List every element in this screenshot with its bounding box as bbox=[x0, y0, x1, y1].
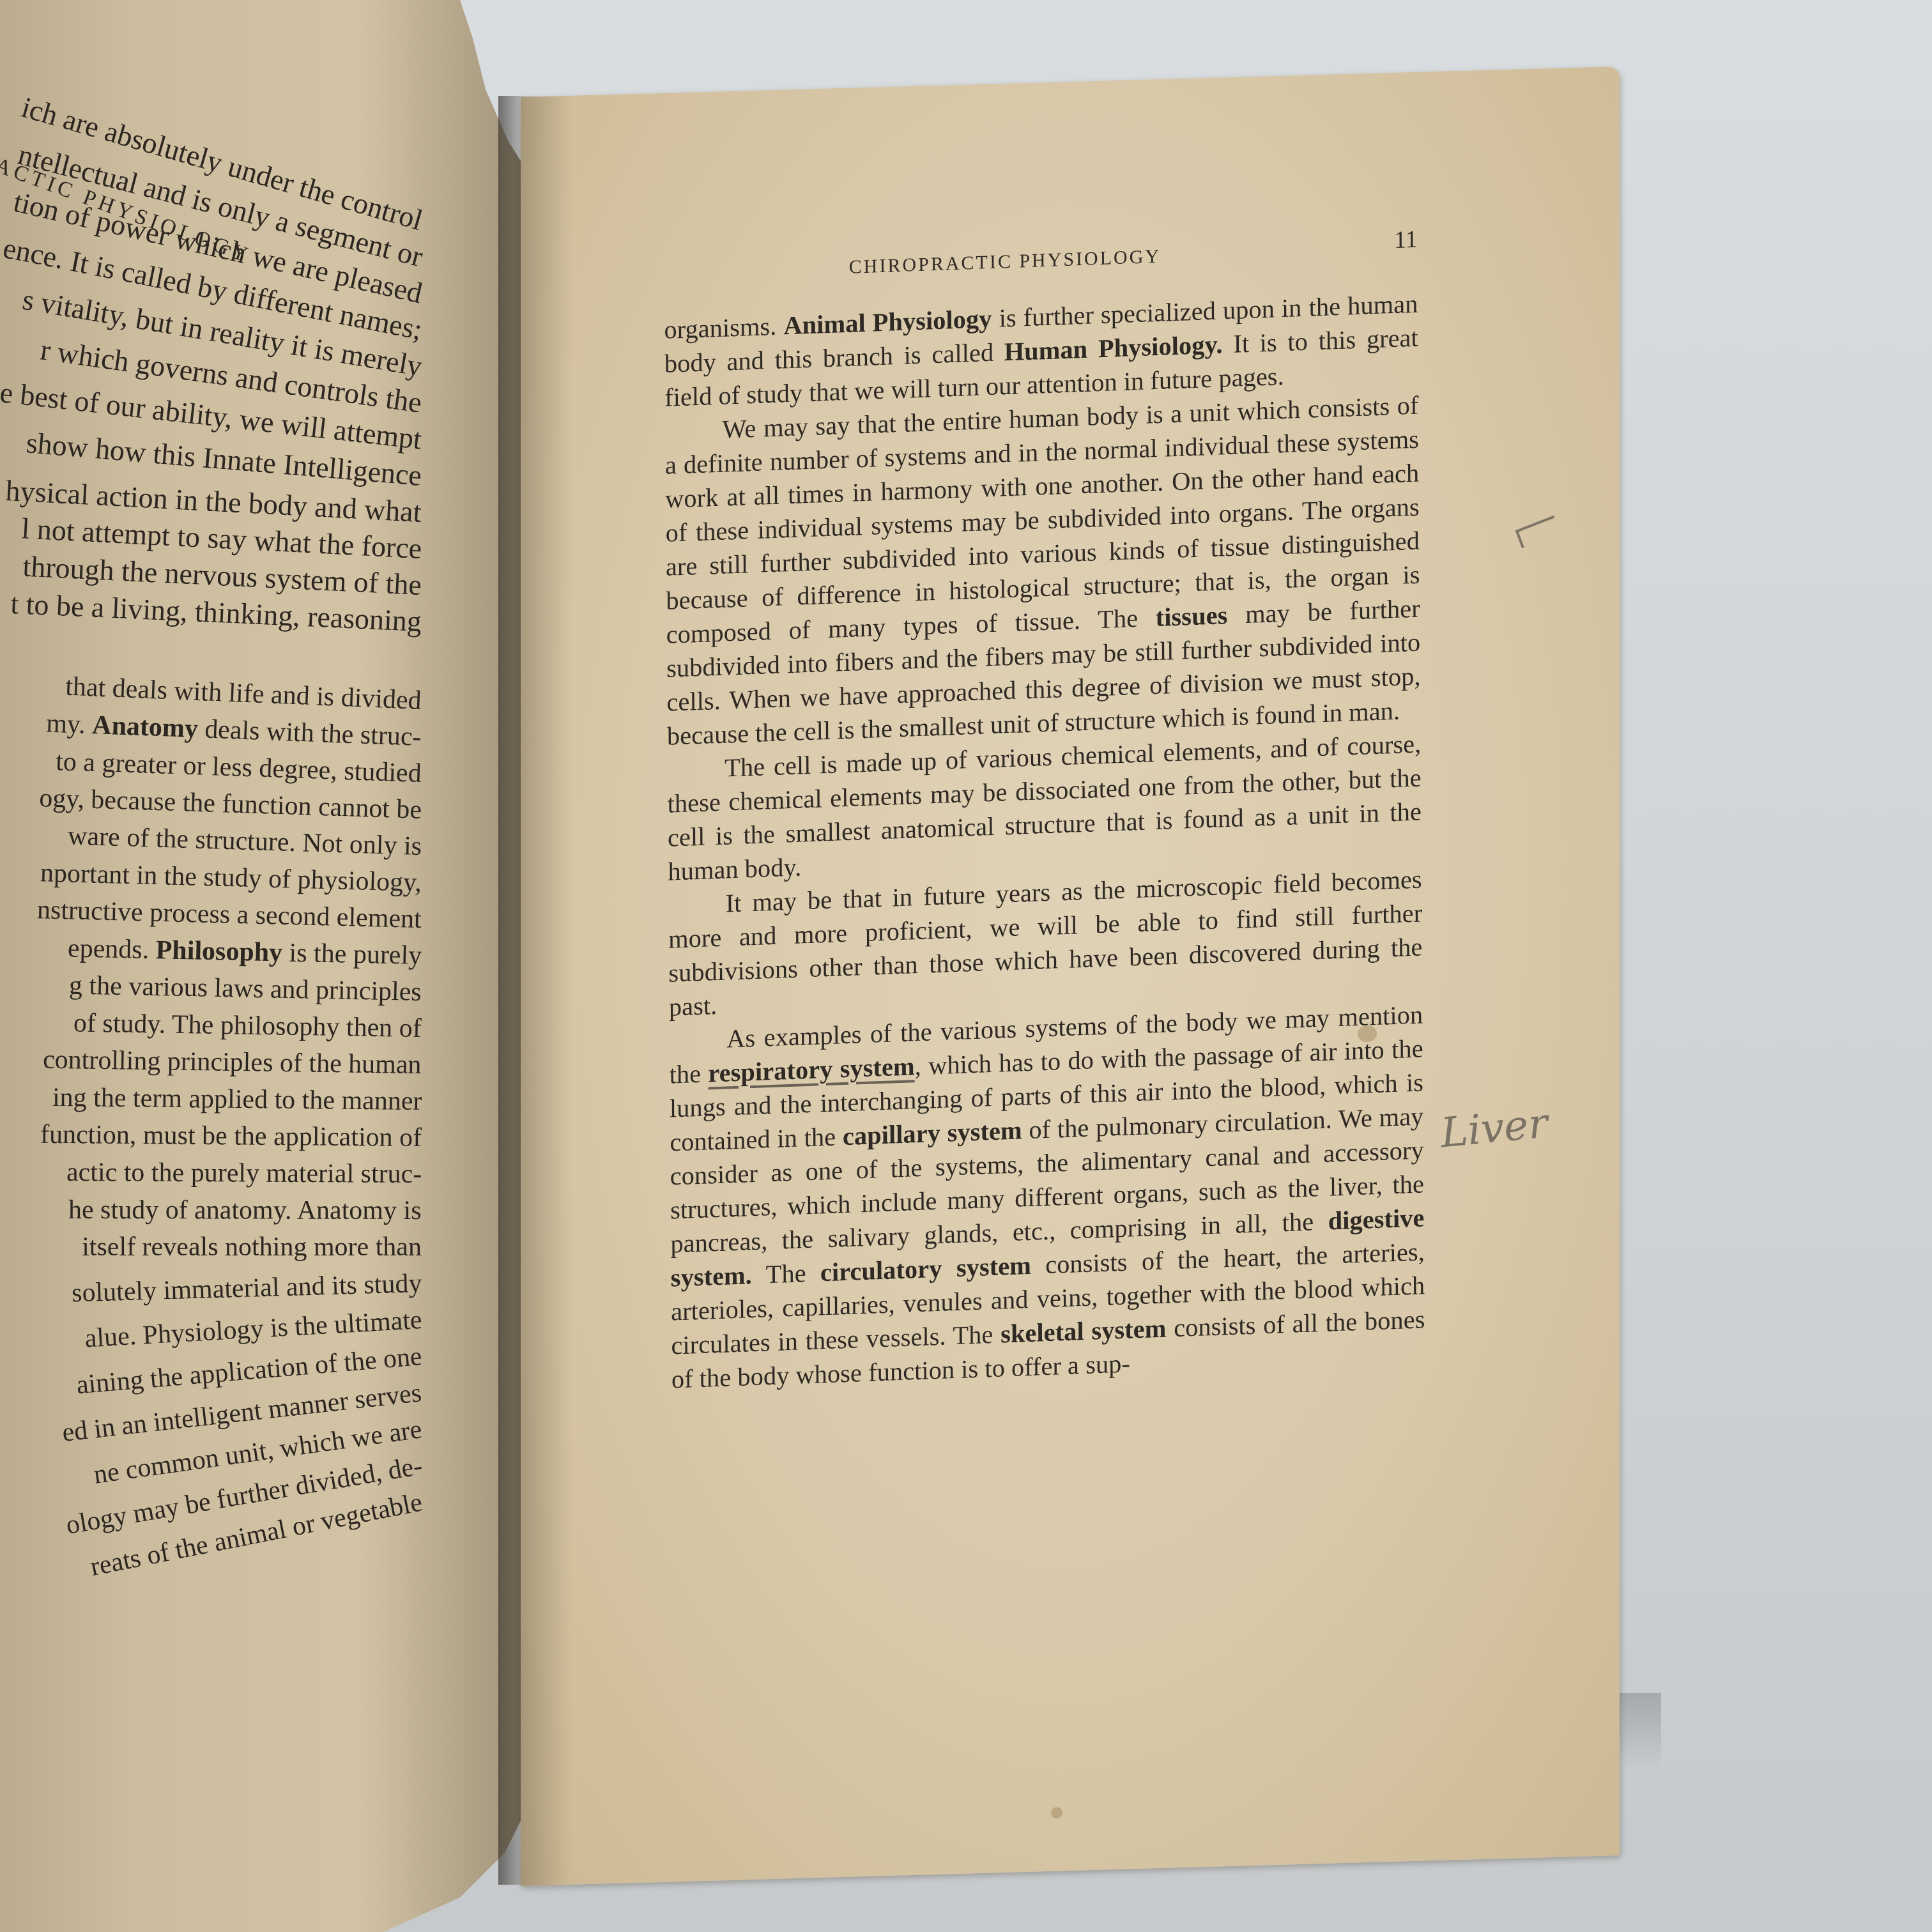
left-text-line: of study. The philosophy then of bbox=[73, 1006, 422, 1045]
bold-term: skeletal system bbox=[1000, 1314, 1166, 1348]
text-run: The bbox=[752, 1258, 820, 1289]
left-page: ACTIC PHYSIOLOGY ich are absolutely unde… bbox=[0, 0, 524, 1932]
paragraph: The cell is made up of various chemical … bbox=[667, 727, 1422, 889]
left-text-line: actic to the purely material struc- bbox=[66, 1156, 422, 1191]
page-body: CHIROPRACTIC PHYSIOLOGY 11 organisms. An… bbox=[664, 261, 1425, 1397]
text-run: organisms. bbox=[664, 311, 783, 344]
bold-term: circulatory system bbox=[820, 1251, 1031, 1287]
left-text-line: epends. Philosophy is the purely bbox=[67, 931, 422, 972]
left-text-line: g the various laws and principles bbox=[69, 969, 422, 1009]
right-page: CHIROPRACTIC PHYSIOLOGY 11 organisms. An… bbox=[521, 66, 1620, 1886]
page-stain bbox=[1051, 1807, 1062, 1819]
margin-note: Liver bbox=[1439, 1100, 1549, 1157]
left-text-line: function, must be the application of bbox=[40, 1118, 422, 1154]
text-run: The cell is made up of various chemical … bbox=[667, 730, 1422, 886]
page-number: 11 bbox=[1394, 223, 1418, 257]
left-text-line: he study of anatomy. Anatomy is bbox=[68, 1193, 422, 1227]
pencil-check-icon bbox=[1515, 516, 1560, 548]
paragraph: We may say that the entire human body is… bbox=[664, 388, 1421, 753]
bold-term: respiratory system bbox=[708, 1052, 915, 1087]
text-run: It may be that in future years as the mi… bbox=[668, 864, 1423, 1021]
bold-term: Human Physiology. bbox=[1004, 330, 1223, 366]
left-text-line: itself reveals nothing more than bbox=[82, 1230, 422, 1264]
left-text-line: ware of the structure. Not only is bbox=[67, 820, 422, 863]
bold-term: Animal Physiology bbox=[783, 304, 992, 340]
paragraph: As examples of the various systems of th… bbox=[669, 997, 1425, 1396]
paragraphs: organisms. Animal Physiology is further … bbox=[664, 261, 1425, 1397]
left-text-line: nstructive process a second element bbox=[37, 893, 422, 936]
paragraph: It may be that in future years as the mi… bbox=[668, 862, 1423, 1023]
bold-term: tissues bbox=[1156, 601, 1228, 632]
left-text-line: ing the term applied to the manner bbox=[52, 1081, 422, 1118]
left-text-line: nportant in the study of physiology, bbox=[40, 856, 422, 900]
bold-term: capillary system bbox=[843, 1115, 1022, 1151]
left-text-line: solutely immaterial and its study bbox=[71, 1267, 422, 1310]
left-text-line: controlling principles of the human bbox=[43, 1043, 422, 1082]
